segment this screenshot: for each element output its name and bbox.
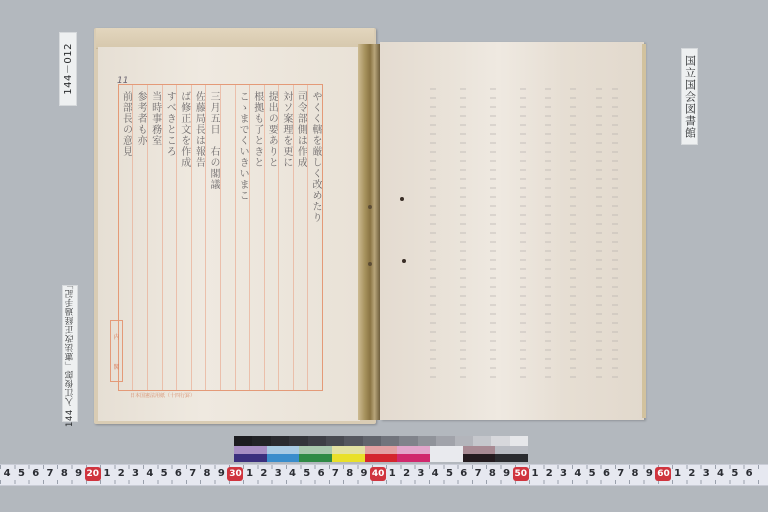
- color-swatch: [299, 446, 332, 454]
- document-spine: [358, 44, 380, 420]
- ruler-tick-label: 1: [528, 467, 542, 481]
- ruler-tick-label: 3: [128, 467, 142, 481]
- color-swatch: [495, 454, 528, 462]
- ruler-tick-label: 2: [257, 467, 271, 481]
- ruler-tick-label: 6: [742, 467, 756, 481]
- ruler-tick-label: 9: [214, 467, 228, 481]
- ruler-tick-label: 4: [0, 467, 14, 481]
- gray-swatch: [381, 436, 399, 446]
- ruler-tick-label: 1: [385, 467, 399, 481]
- ruler-tick-label: 3: [414, 467, 428, 481]
- ruler-tick-label: 5: [14, 467, 28, 481]
- color-swatch: [397, 454, 430, 462]
- ruler-tick-label: 2: [685, 467, 699, 481]
- color-swatch: [234, 446, 267, 454]
- binding-hole: [402, 259, 406, 263]
- color-swatch: [397, 446, 430, 454]
- gray-swatch: [455, 436, 473, 446]
- right-page-edge: [642, 44, 646, 418]
- color-calibration-chart: [234, 436, 528, 462]
- gray-scale-row: [234, 436, 528, 446]
- ruler-tick-label: 30: [227, 467, 243, 481]
- bleed-through-text: [460, 88, 466, 378]
- manuscript-column: 三月五日 右の閣議: [205, 85, 220, 390]
- manuscript-column: すべきところ: [162, 85, 177, 390]
- binding-hole: [368, 262, 372, 266]
- manuscript-grid: やくく轄を厳しく改めたり 司令部側は作成 対ソ案理を更に 提出の要ありと 根拠も…: [118, 84, 323, 391]
- color-swatch: [463, 446, 496, 454]
- grid-footer-print: 日本国憲法用紙（十四行罫）: [130, 392, 195, 399]
- ruler-tick-label: 20: [85, 467, 101, 481]
- manuscript-column: 司令部側は作成: [293, 85, 308, 390]
- binding-hole: [400, 197, 404, 201]
- ruler-tick-label: 3: [556, 467, 570, 481]
- ruler-tick-label: 7: [186, 467, 200, 481]
- side-stamp: 内 閣: [110, 320, 123, 382]
- ruler-tick-label: 7: [43, 467, 57, 481]
- manuscript-column: ば修正文を作成: [176, 85, 191, 390]
- ruler-tick-label: 5: [300, 467, 314, 481]
- ruler-tick-label: 7: [471, 467, 485, 481]
- ruler-tick-label: 6: [599, 467, 613, 481]
- ruler-labels: 4567892012345678930123456789401234567895…: [0, 467, 768, 481]
- institution-name: 国立国会図書館: [682, 55, 698, 139]
- binding-hole: [368, 205, 372, 209]
- bleed-through-text: [596, 88, 602, 378]
- catalog-number-label: 144－012: [59, 32, 77, 106]
- ruler-tick-label: 5: [585, 467, 599, 481]
- ruler-tick-label: 6: [457, 467, 471, 481]
- ruler-tick-label: 2: [399, 467, 413, 481]
- ruler-tick-label: 7: [328, 467, 342, 481]
- ruler-tick-label: 4: [285, 467, 299, 481]
- ruler-tick-label: 4: [571, 467, 585, 481]
- ruler-tick-label: 8: [57, 467, 71, 481]
- manuscript-column: [220, 85, 235, 390]
- side-stamp-char: 閣: [113, 362, 119, 371]
- gray-swatch: [252, 436, 270, 446]
- ruler-tick-label: 8: [200, 467, 214, 481]
- gray-swatch: [308, 436, 326, 446]
- manuscript-column: 当時事務室: [147, 85, 162, 390]
- gray-swatch: [234, 436, 252, 446]
- ruler-tick-label: 8: [628, 467, 642, 481]
- bleed-through-text: [520, 88, 526, 378]
- color-swatch: [495, 446, 528, 454]
- manuscript-column: 参考者も亦: [132, 85, 147, 390]
- gray-swatch: [418, 436, 436, 446]
- ruler-tick-label: 4: [428, 467, 442, 481]
- gray-swatch: [491, 436, 509, 446]
- color-swatch: [234, 454, 267, 462]
- ruler-tick-label: 9: [642, 467, 656, 481]
- manuscript-column: 根拠も了ときと: [249, 85, 264, 390]
- manuscript-column: やくく轄を厳しく改めたり: [307, 85, 322, 390]
- manuscript-column: 対ソ案理を更に: [278, 85, 293, 390]
- ruler-tick-label: 3: [271, 467, 285, 481]
- ruler-tick-label: 3: [699, 467, 713, 481]
- ruler-tick-label: 6: [29, 467, 43, 481]
- bleed-through-text: [570, 88, 576, 378]
- ruler-tick-label: 8: [485, 467, 499, 481]
- ruler-tick-label: 9: [71, 467, 85, 481]
- bleed-through-text: [490, 88, 496, 378]
- ruler-tick-label: 7: [614, 467, 628, 481]
- ruler-tick-label: 6: [314, 467, 328, 481]
- ruler-tick-label: 2: [542, 467, 556, 481]
- ruler-tick-label: 2: [114, 467, 128, 481]
- right-page: [380, 42, 644, 420]
- gray-swatch: [344, 436, 362, 446]
- color-swatch: [267, 446, 300, 454]
- ruler-tick-label: 5: [157, 467, 171, 481]
- manuscript-column: 佐藤局長は報告: [191, 85, 206, 390]
- color-row-light: [234, 446, 528, 454]
- color-row-dark: [234, 454, 528, 462]
- ruler-tick-label: 5: [728, 467, 742, 481]
- gray-swatch: [473, 436, 491, 446]
- ruler-tick-label: 9: [357, 467, 371, 481]
- gray-swatch: [510, 436, 528, 446]
- color-swatch: [430, 446, 463, 454]
- manuscript-column: 提出の要ありと: [264, 85, 279, 390]
- color-swatch: [463, 454, 496, 462]
- color-swatch: [332, 454, 365, 462]
- ruler-tick-label: 5: [442, 467, 456, 481]
- bleed-through-text: [612, 88, 618, 378]
- color-swatch: [430, 454, 463, 462]
- color-swatch: [332, 446, 365, 454]
- ruler-tick-label: 1: [670, 467, 684, 481]
- ruler-tick-label: 6: [171, 467, 185, 481]
- gray-swatch: [399, 436, 417, 446]
- ruler-tick-label: 60: [655, 467, 671, 481]
- ruler-tick-label: 9: [500, 467, 514, 481]
- item-title-label: 144 入江俊郎「憲法改正経過手記」: [62, 285, 78, 422]
- ruler-tick-label: 50: [513, 467, 529, 481]
- gray-swatch: [271, 436, 289, 446]
- manuscript-column: こゝまでくいきいまこ: [235, 85, 250, 390]
- ruler-tick-label: 4: [143, 467, 157, 481]
- ruler-tick-label: 8: [343, 467, 357, 481]
- gray-swatch: [436, 436, 454, 446]
- color-swatch: [365, 446, 398, 454]
- bleed-through-text: [430, 88, 436, 378]
- cover-flap: [96, 28, 374, 49]
- ruler-tick-label: 1: [100, 467, 114, 481]
- item-title: 144 入江俊郎「憲法改正経過手記」: [64, 280, 76, 427]
- gray-swatch: [326, 436, 344, 446]
- gray-swatch: [289, 436, 307, 446]
- color-swatch: [365, 454, 398, 462]
- gray-swatch: [363, 436, 381, 446]
- color-swatch: [267, 454, 300, 462]
- catalog-number: 144－012: [61, 43, 76, 95]
- ruler-tick-label: 1: [242, 467, 256, 481]
- ruler-tick-label: 4: [713, 467, 727, 481]
- bleed-through-text: [545, 88, 551, 378]
- color-swatch: [299, 454, 332, 462]
- ruler-tick-label: 40: [370, 467, 386, 481]
- institution-label: 国立国会図書館: [681, 48, 698, 145]
- side-stamp-char: 内: [113, 332, 119, 341]
